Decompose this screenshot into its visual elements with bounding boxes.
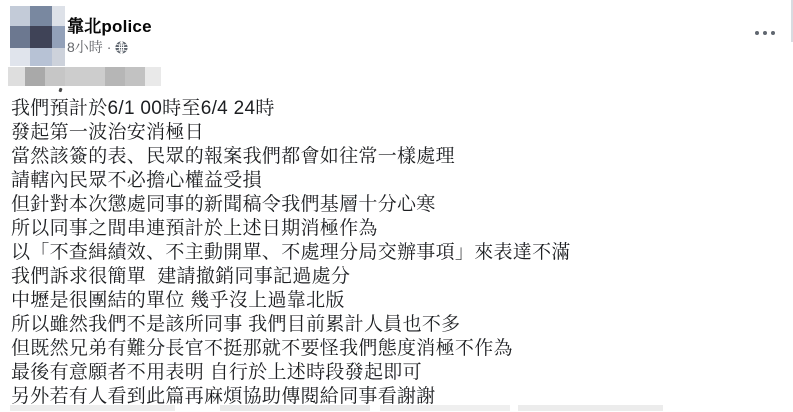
redaction-block xyxy=(105,67,125,86)
post-line: 但針對本次懲處同事的新聞稿令我們基層十分心寒 xyxy=(11,193,571,217)
redaction-block xyxy=(65,67,105,86)
cutoff-text-line xyxy=(10,405,663,411)
post-line: 但既然兄弟有難分長官不挺那就不要怪我們態度消極不作為 xyxy=(11,337,571,361)
redaction-block xyxy=(145,67,161,86)
ellipsis-icon xyxy=(755,31,759,35)
meta-separator: · xyxy=(107,39,112,55)
avatar-pixel xyxy=(10,48,30,66)
post-text: 我們預計於6/1 00時至6/4 24時發起第一波治安消極日當然該簽的表、民眾的… xyxy=(11,97,571,409)
avatar-pixel xyxy=(30,6,52,26)
post-line: 中壢是很團結的單位 幾乎沒上過靠北版 xyxy=(11,289,571,313)
redaction-artifact xyxy=(58,88,62,93)
post-line: 最後有意願者不用表明 自行於上述時段發起即可 xyxy=(11,361,571,385)
post-line: 我們訴求很簡單 建請撤銷同事記過處分 xyxy=(11,265,571,289)
ellipsis-icon xyxy=(763,31,767,35)
ellipsis-icon xyxy=(771,31,775,35)
facebook-post: 靠北police 8小時 · 我們預計於6/1 00時至6/4 24時發起第一波… xyxy=(0,0,793,412)
post-options-button[interactable] xyxy=(750,24,780,42)
post-line: 請轄內民眾不必擔心權益受損 xyxy=(11,169,571,193)
avatar-pixel xyxy=(10,6,30,26)
cutoff-block xyxy=(518,405,663,411)
avatar-pixel xyxy=(30,48,52,66)
post-line: 發起第一波治安消極日 xyxy=(11,121,571,145)
globe-public-icon xyxy=(115,40,128,54)
post-line: 我們預計於6/1 00時至6/4 24時 xyxy=(11,97,571,121)
avatar-pixel xyxy=(30,26,52,48)
post-line: 以「不查緝績效、不主動開單、不處理分局交辦事項」來表達不滿 xyxy=(11,241,571,265)
avatar-pixel xyxy=(52,26,65,48)
redacted-author-line xyxy=(8,67,161,86)
redaction-block xyxy=(125,67,145,86)
timestamp[interactable]: 8小時 xyxy=(67,37,103,57)
post-line: 當然該簽的表、民眾的報案我們都會如往常一樣處理 xyxy=(11,145,571,169)
post-line: 所以同事之間串連預計於上述日期消極作為 xyxy=(11,217,571,241)
avatar-pixel xyxy=(52,6,65,26)
cutoff-block xyxy=(220,405,370,411)
avatar-pixel xyxy=(10,26,30,48)
post-meta: 8小時 · xyxy=(67,37,128,57)
avatar-pixel xyxy=(52,48,65,66)
avatar[interactable] xyxy=(10,6,65,66)
page-name[interactable]: 靠北police xyxy=(67,12,152,37)
cutoff-block xyxy=(10,405,175,411)
post-line: 所以雖然我們不是該所同事 我們目前累計人員也不多 xyxy=(11,313,571,337)
redaction-block xyxy=(8,67,25,86)
redaction-block xyxy=(45,67,65,86)
redaction-block xyxy=(25,67,45,86)
cutoff-block xyxy=(380,405,510,411)
